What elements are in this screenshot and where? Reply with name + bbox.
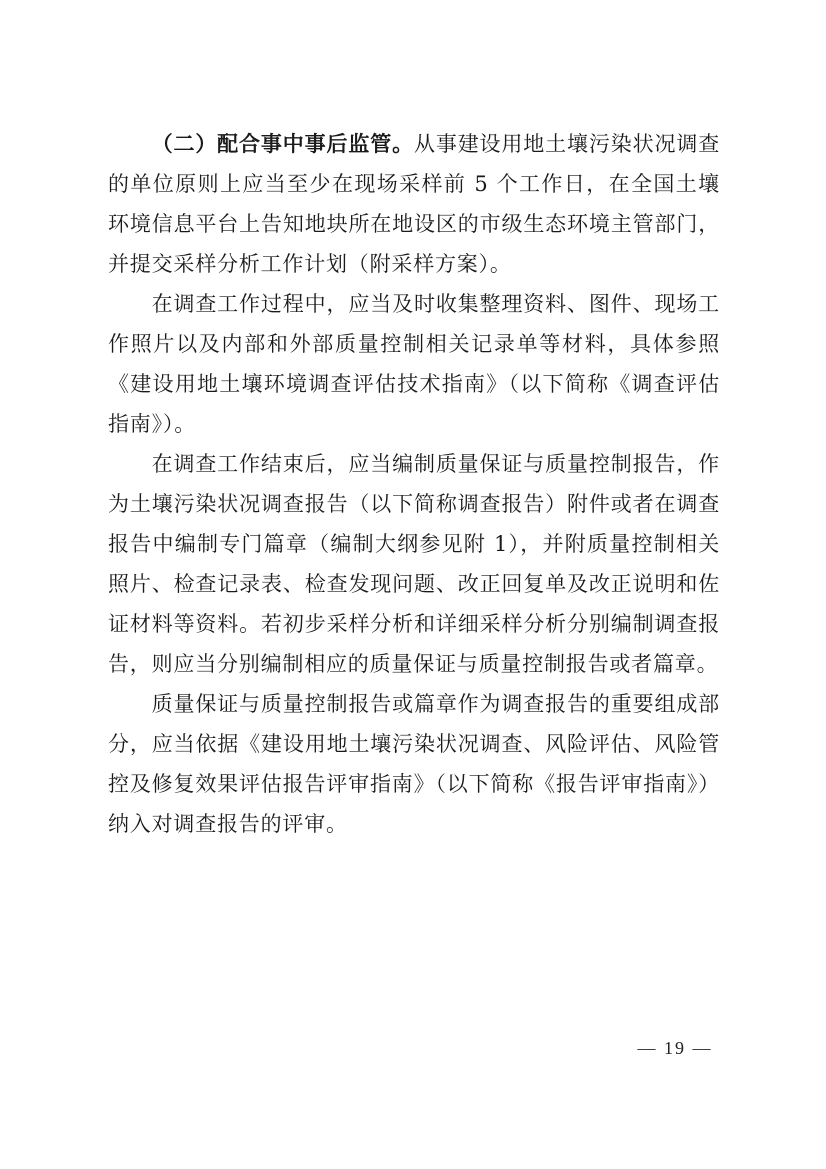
paragraph-review: 质量保证与质量控制报告或篇章作为调查报告的重要组成部分，应当依据《建设用地土壤污… (108, 684, 720, 844)
paragraph-qa-report: 在调查工作结束后，应当编制质量保证与质量控制报告，作为土壤污染状况调查报告（以下… (108, 444, 720, 684)
page-number: — 19 — (630, 1038, 720, 1059)
section-heading: （二）配合事中事后监管。 (152, 132, 414, 156)
paragraph-text: 在调查工作过程中，应当及时收集整理资料、图件、现场工作照片以及内部和外部质量控制… (108, 292, 720, 436)
paragraph-text: 在调查工作结束后，应当编制质量保证与质量控制报告，作为土壤污染状况调查报告（以下… (108, 452, 720, 676)
paragraph-collect-materials: 在调查工作过程中，应当及时收集整理资料、图件、现场工作照片以及内部和外部质量控制… (108, 284, 720, 444)
document-body: （二）配合事中事后监管。从事建设用地土壤污染状况调查的单位原则上应当至少在现场采… (108, 124, 720, 844)
paragraph-supervision: （二）配合事中事后监管。从事建设用地土壤污染状况调查的单位原则上应当至少在现场采… (108, 124, 720, 284)
paragraph-text: 质量保证与质量控制报告或篇章作为调查报告的重要组成部分，应当依据《建设用地土壤污… (108, 692, 720, 836)
